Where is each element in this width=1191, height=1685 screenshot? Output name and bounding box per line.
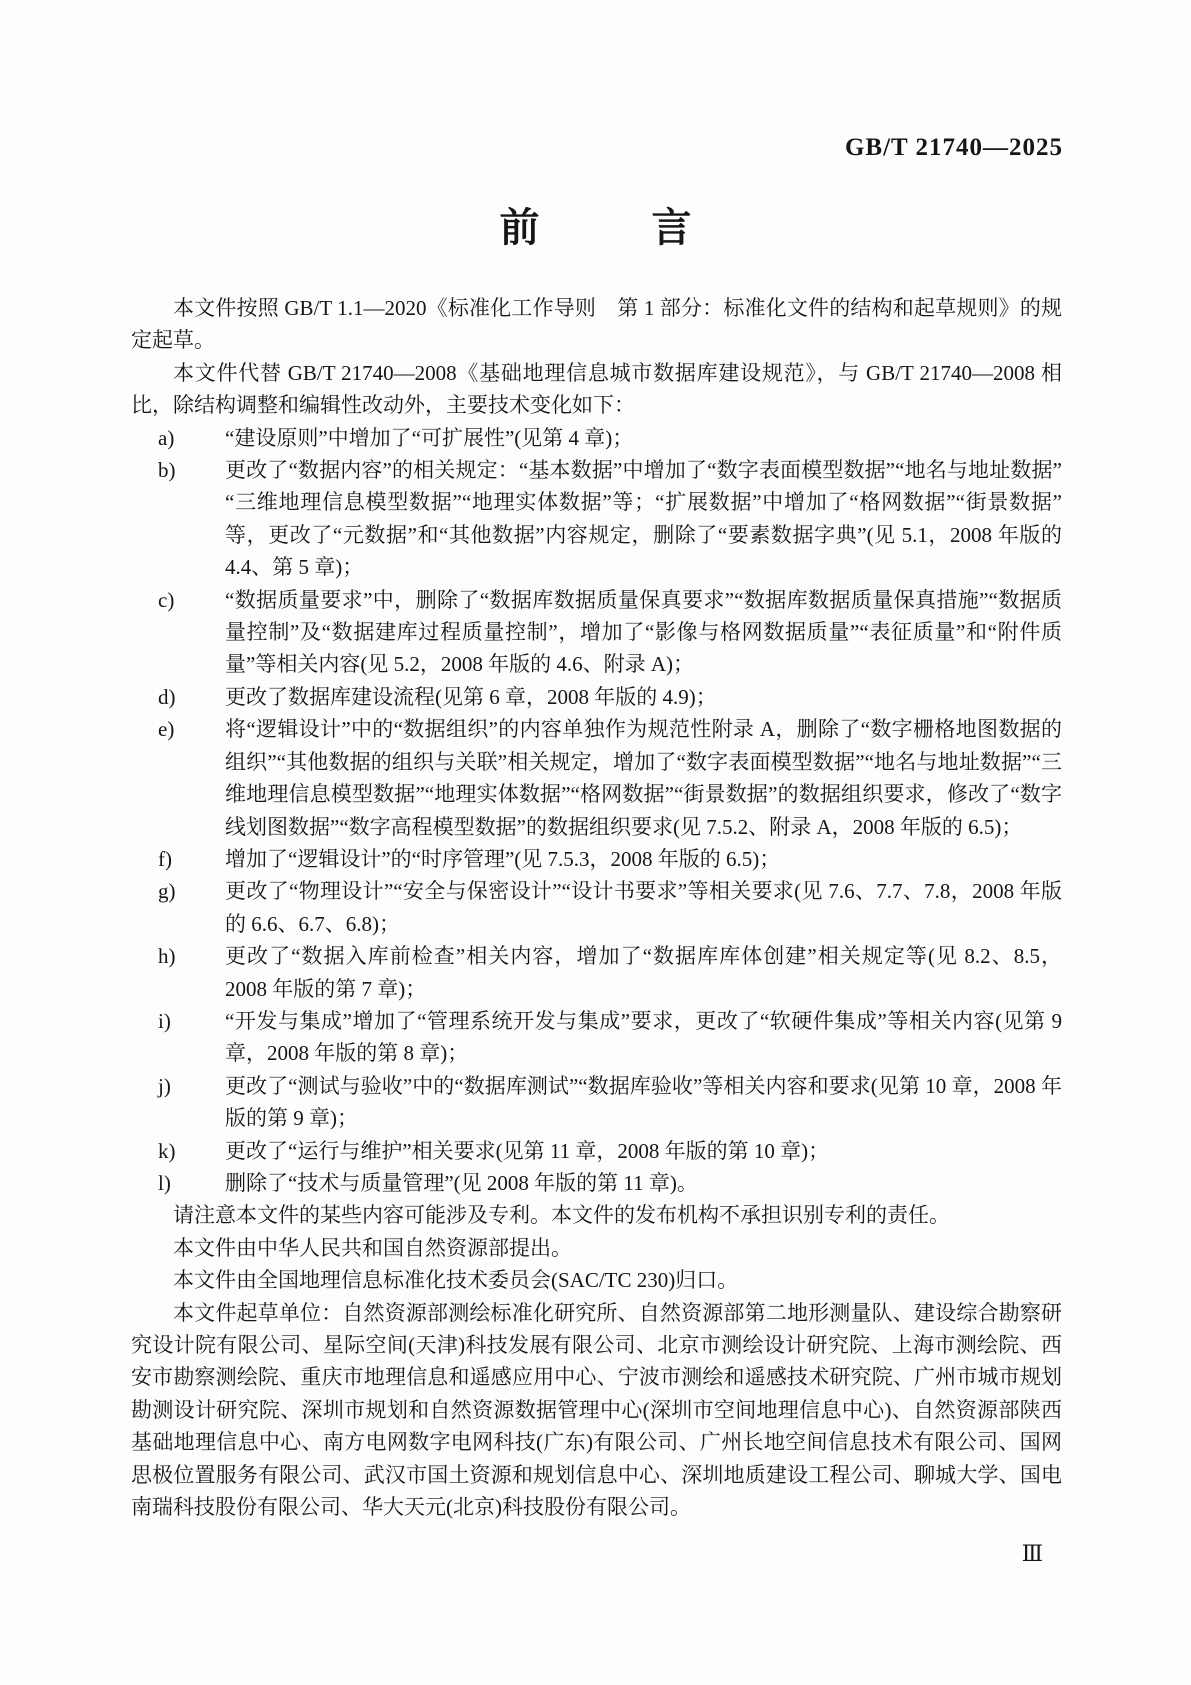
change-item-text: 更改了“测试与验收”中的“数据库测试”“数据库验收”等相关内容和要求(见第 10… <box>225 1074 1062 1130</box>
change-item-text: 增加了“逻辑设计”的“时序管理”(见 7.5.3，2008 年版的 6.5)； <box>225 847 780 871</box>
change-item-b: b) 更改了“数据内容”的相关规定：“基本数据”中增加了“数字表面模型数据”“地… <box>131 454 1062 584</box>
change-item-text: 更改了数据库建设流程(见第 6 章，2008 年版的 4.9)； <box>225 685 717 709</box>
change-item-marker: k) <box>158 1135 176 1167</box>
change-item-text: 将“逻辑设计”中的“数据组织”的内容单独作为规范性附录 A，删除了“数字栅格地图… <box>225 717 1062 838</box>
change-item-k: k) 更改了“运行与维护”相关要求(见第 11 章，2008 年版的第 10 章… <box>131 1135 1062 1167</box>
standard-number: GB/T 21740—2025 <box>845 134 1063 161</box>
change-item-text: “数据质量要求”中，删除了“数据库数据质量保真要求”“数据库数据质量保真措施”“… <box>225 588 1062 677</box>
change-item-text: 更改了“物理设计”“安全与保密设计”“设计书要求”等相关要求(见 7.6、7.7… <box>225 879 1062 935</box>
change-item-e: e) 将“逻辑设计”中的“数据组织”的内容单独作为规范性附录 A，删除了“数字栅… <box>131 713 1062 843</box>
page-title: 前言 <box>0 206 1191 250</box>
change-item-h: h) 更改了“数据入库前检查”相关内容，增加了“数据库库体创建”相关规定等(见 … <box>131 940 1062 1005</box>
change-item-i: i) “开发与集成”增加了“管理系统开发与集成”要求，更改了“软硬件集成”等相关… <box>131 1005 1062 1070</box>
patent-notice-paragraph: 请注意本文件的某些内容可能涉及专利。本文件的发布机构不承担识别专利的责任。 <box>131 1199 1062 1231</box>
change-item-marker: c) <box>158 584 174 616</box>
change-item-f: f) 增加了“逻辑设计”的“时序管理”(见 7.5.3，2008 年版的 6.5… <box>131 843 1062 875</box>
change-item-marker: b) <box>158 454 176 486</box>
change-item-marker: i) <box>158 1005 171 1037</box>
document-page: GB/T 21740—2025 前言 本文件按照 GB/T 1.1—2020《标… <box>0 0 1191 1685</box>
drafting-units-paragraph: 本文件起草单位：自然资源部测绘标准化研究所、自然资源部第二地形测量队、建设综合勘… <box>131 1297 1062 1524</box>
change-item-marker: l) <box>158 1167 171 1199</box>
page-number: Ⅲ <box>1022 1541 1043 1567</box>
change-item-marker: h) <box>158 940 176 972</box>
change-item-marker: f) <box>158 843 172 875</box>
change-item-c: c) “数据质量要求”中，删除了“数据库数据质量保真要求”“数据库数据质量保真措… <box>131 584 1062 681</box>
change-item-text: 更改了“数据入库前检查”相关内容，增加了“数据库库体创建”相关规定等(见 8.2… <box>225 944 1062 1000</box>
intro-paragraph: 本文件代替 GB/T 21740—2008《基础地理信息城市数据库建设规范》，与… <box>131 357 1062 422</box>
centralized-by-paragraph: 本文件由全国地理信息标准化技术委员会(SAC/TC 230)归口。 <box>131 1264 1062 1296</box>
intro-paragraph: 本文件按照 GB/T 1.1—2020《标准化工作导则 第 1 部分：标准化文件… <box>131 292 1062 357</box>
change-item-a: a) “建设原则”中增加了“可扩展性”(见第 4 章)； <box>131 422 1062 454</box>
change-item-d: d) 更改了数据库建设流程(见第 6 章，2008 年版的 4.9)； <box>131 681 1062 713</box>
change-item-text: “开发与集成”增加了“管理系统开发与集成”要求，更改了“软硬件集成”等相关内容(… <box>225 1009 1062 1065</box>
change-item-marker: d) <box>158 681 176 713</box>
change-item-text: “建设原则”中增加了“可扩展性”(见第 4 章)； <box>225 426 633 450</box>
change-item-text: 更改了“数据内容”的相关规定：“基本数据”中增加了“数字表面模型数据”“地名与地… <box>225 458 1062 579</box>
page-header: GB/T 21740—2025 <box>131 134 1063 162</box>
change-item-marker: e) <box>158 713 174 745</box>
change-item-text: 更改了“运行与维护”相关要求(见第 11 章，2008 年版的第 10 章)； <box>225 1139 829 1163</box>
change-item-l: l) 删除了“技术与质量管理”(见 2008 年版的第 11 章)。 <box>131 1167 1062 1199</box>
change-item-marker: g) <box>158 875 176 907</box>
change-item-j: j) 更改了“测试与验收”中的“数据库测试”“数据库验收”等相关内容和要求(见第… <box>131 1070 1062 1135</box>
change-item-g: g) 更改了“物理设计”“安全与保密设计”“设计书要求”等相关要求(见 7.6、… <box>131 875 1062 940</box>
foreword-body: 本文件按照 GB/T 1.1—2020《标准化工作导则 第 1 部分：标准化文件… <box>131 292 1062 1523</box>
proposed-by-paragraph: 本文件由中华人民共和国自然资源部提出。 <box>131 1232 1062 1264</box>
change-item-marker: a) <box>158 422 174 454</box>
change-item-marker: j) <box>158 1070 171 1102</box>
changes-list: a) “建设原则”中增加了“可扩展性”(见第 4 章)； b) 更改了“数据内容… <box>131 422 1062 1200</box>
change-item-text: 删除了“技术与质量管理”(见 2008 年版的第 11 章)。 <box>225 1171 698 1195</box>
